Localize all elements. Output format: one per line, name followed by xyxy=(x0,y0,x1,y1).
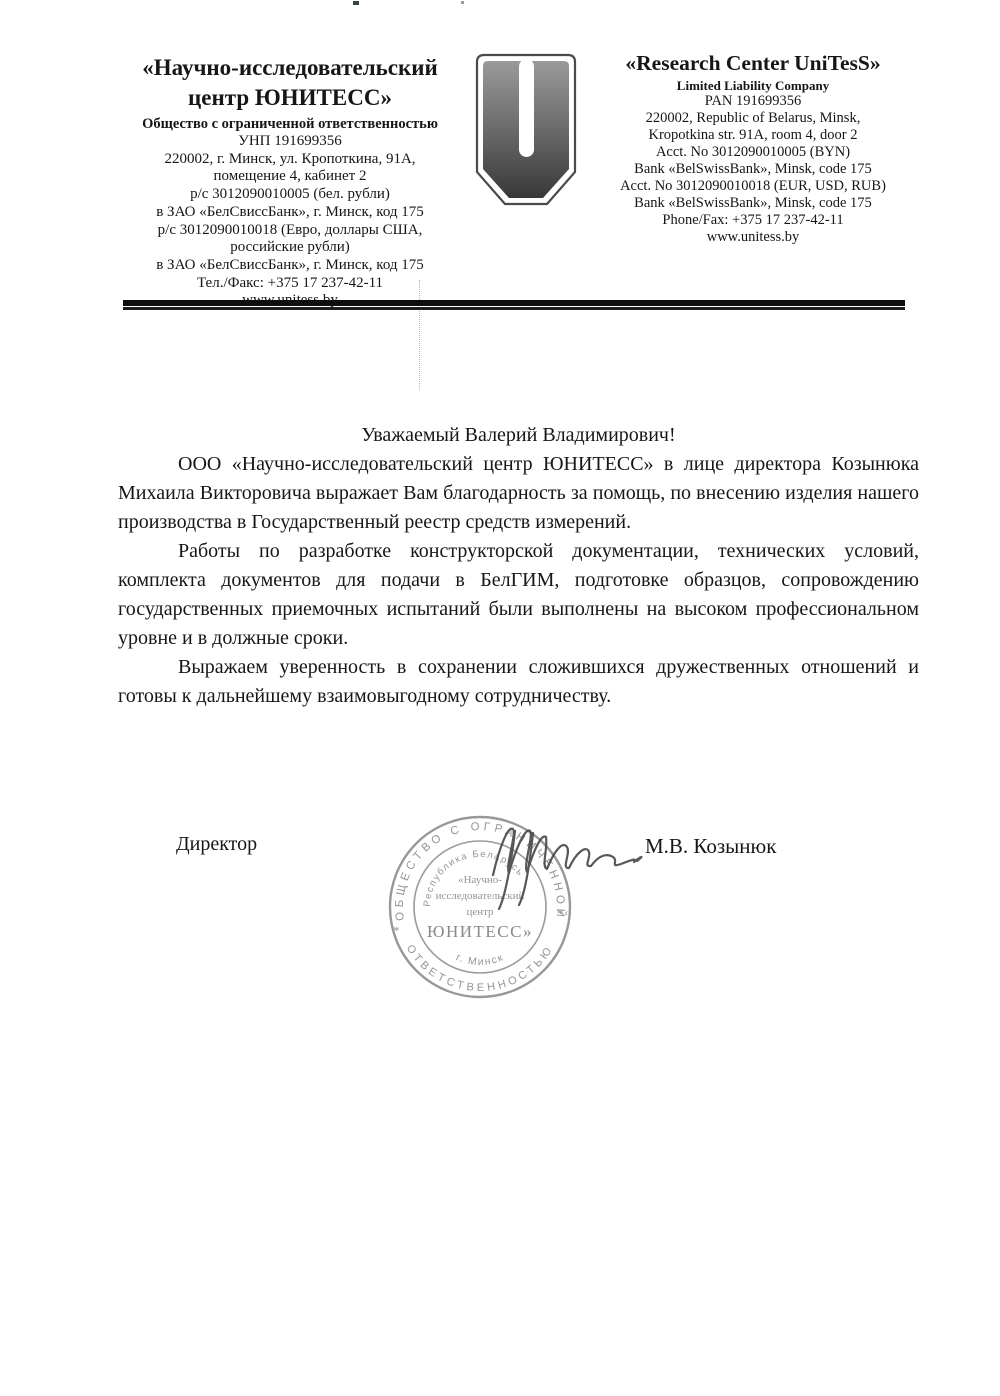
paragraph: Работы по разработке конструкторской док… xyxy=(118,537,919,653)
shield-icon xyxy=(477,55,575,204)
letterhead-right: «Research Center UniTesS» Limited Liabil… xyxy=(592,50,914,246)
letterhead-left-line: УНП 191699356 xyxy=(120,133,460,151)
salutation: Уважаемый Валерий Владимирович! xyxy=(118,421,919,450)
letterhead-left-line: в ЗАО «БелСвиссБанк», г. Минск, код 175 xyxy=(120,257,460,275)
seal-city-text: г. Минск xyxy=(454,951,505,968)
divider-bar-thin xyxy=(123,307,905,310)
letterhead-left-line: р/с 3012090010005 (бел. рубли) xyxy=(120,186,460,204)
logo-u-slot xyxy=(519,59,534,157)
letter-page: «Научно-исследовательский центр ЮНИТЕСС»… xyxy=(0,0,1000,1396)
company-form-ru: Общество с ограниченной ответственностью xyxy=(120,116,460,133)
letterhead-left-line: 220002, г. Минск, ул. Кропоткина, 91А, xyxy=(120,151,460,169)
signer-position: Директор xyxy=(176,833,257,856)
unitess-logo xyxy=(474,52,578,210)
company-name-ru: «Научно-исследовательский центр ЮНИТЕСС» xyxy=(120,53,460,113)
letter-body: Уважаемый Валерий Владимирович! ООО «Нау… xyxy=(118,421,919,711)
letterhead-left-line: российские рубли) xyxy=(120,239,460,257)
letterhead-right-line: Bank «BelSwissBank», Minsk, code 175 xyxy=(592,195,914,212)
letterhead-right-line: 220002, Republic of Belarus, Minsk, xyxy=(592,110,914,127)
letterhead-right-line: Acct. No 3012090010018 (EUR, USD, RUB) xyxy=(592,178,914,195)
paragraph: ООО «Научно-исследовательский центр ЮНИТ… xyxy=(118,450,919,537)
company-form-en: Limited Liability Company xyxy=(592,78,914,93)
website-url: www.unitess.by xyxy=(592,229,914,246)
letterhead-left-line: помещение 4, кабинет 2 xyxy=(120,168,460,186)
letterhead-divider xyxy=(123,300,905,310)
seal-center-line: ЮНИТЕСС» xyxy=(427,922,533,941)
paragraph: Выражаем уверенность в сохранении сложив… xyxy=(118,653,919,711)
company-name-en: «Research Center UniTesS» xyxy=(592,50,914,76)
letterhead-left-line: р/с 3012090010018 (Евро, доллары США, xyxy=(120,222,460,240)
divider-bar-thick xyxy=(123,300,905,306)
letterhead-right-line: Kropotkina str. 91A, room 4, door 2 xyxy=(592,127,914,144)
letterhead-left-line: Тел./Факс: +375 17 237-42-11 xyxy=(120,275,460,293)
seal-asterisk-left: * xyxy=(393,923,400,938)
scan-speck xyxy=(353,1,359,5)
letterhead-left: «Научно-исследовательский центр ЮНИТЕСС»… xyxy=(120,53,460,310)
seal-ring-bottom-text: ОТВЕТСТВЕННОСТЬЮ xyxy=(404,943,557,994)
letterhead-right-line: Bank «BelSwissBank», Minsk, code 175 xyxy=(592,161,914,178)
scan-speck xyxy=(461,1,464,4)
letterhead-left-line: в ЗАО «БелСвиссБанк», г. Минск, код 175 xyxy=(120,204,460,222)
letterhead-right-line: Acct. No 3012090010005 (BYN) xyxy=(592,144,914,161)
letterhead-right-line: Phone/Fax: +375 17 237-42-11 xyxy=(592,212,914,229)
handwritten-signature xyxy=(455,805,655,920)
letterhead-right-line: PAN 191699356 xyxy=(592,93,914,110)
signer-name: М.В. Козынюк xyxy=(645,834,776,859)
